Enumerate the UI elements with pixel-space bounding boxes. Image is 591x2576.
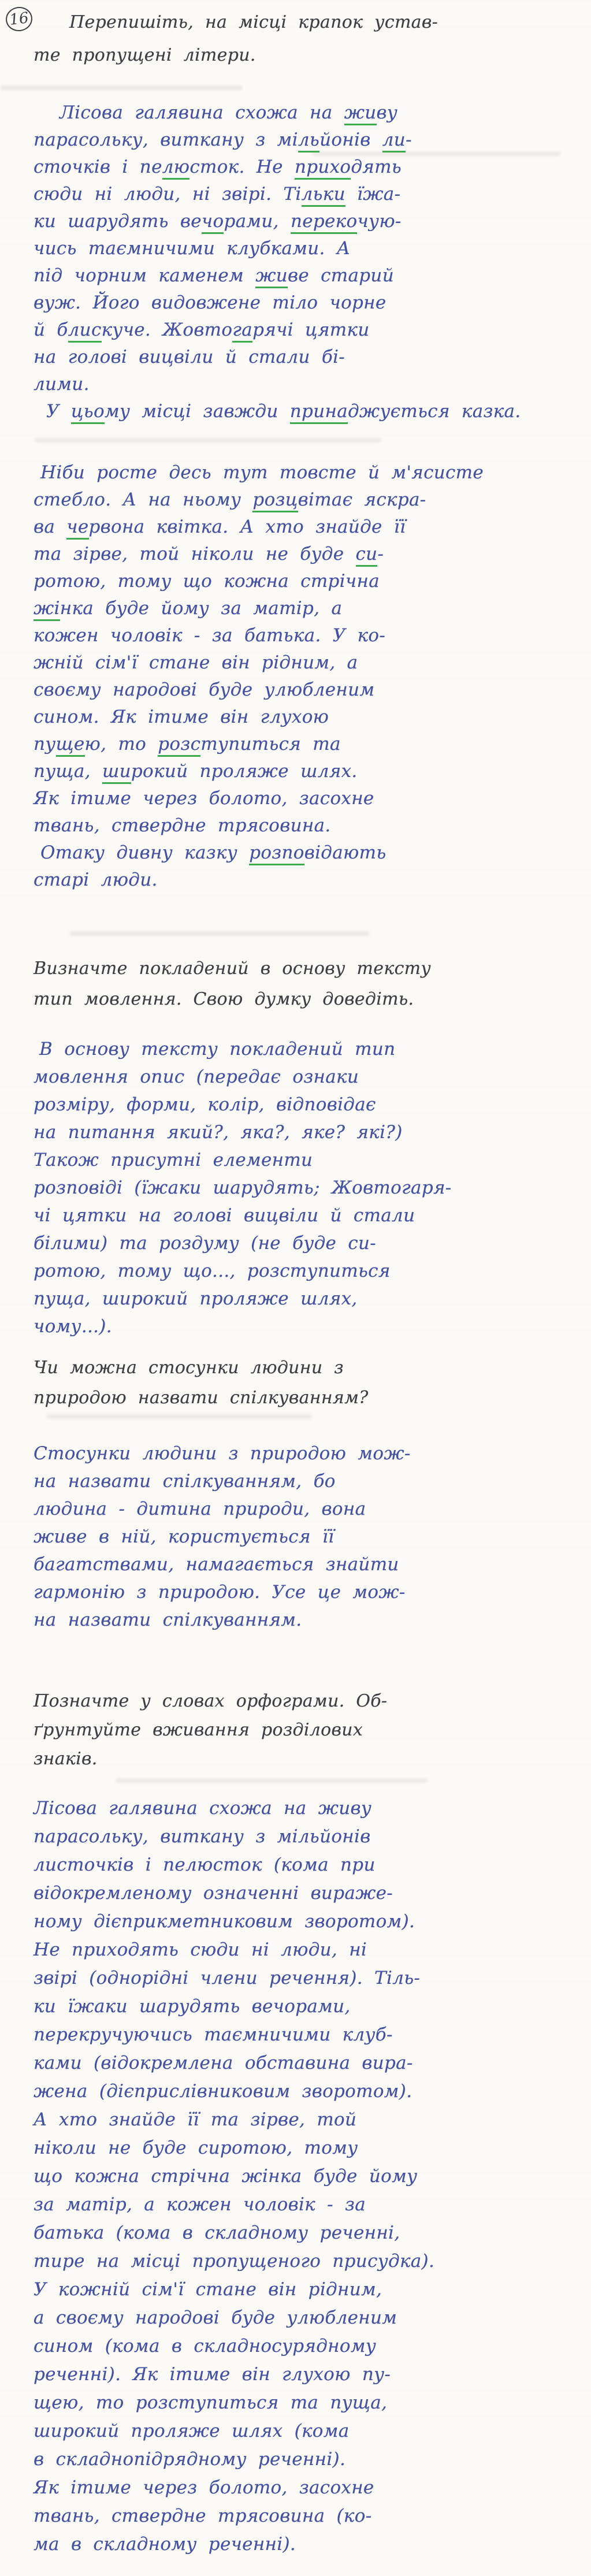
- handwritten-line: сюди ні люди, ні звірі. Тільки їжа-: [34, 181, 591, 208]
- handwritten-line: на назвати спілкуванням, бо: [34, 1467, 591, 1495]
- handwritten-line: ки їжаки шарудять вечорами,: [34, 1993, 591, 2021]
- handwritten-line: чі цятки на голові вицвіли й стали: [34, 1202, 591, 1229]
- handwritten-line: жена (дієприслівниковим зворотом).: [34, 2077, 591, 2106]
- handwritten-line: перекручуючись таємничими клуб-: [34, 2021, 591, 2049]
- handwritten-line: Також присутні елементи: [34, 1146, 591, 1174]
- orthogram-underline: жи: [255, 265, 288, 288]
- orthogram-underline: си: [356, 544, 378, 567]
- notebook-page: 16 Перепишіть, на місці крапок устав-те …: [0, 0, 591, 2576]
- handwritten-line: твань, ствердне трясовина (ко-: [34, 2502, 591, 2530]
- task-speech-type-prompt: Визначте покладений в основу текстутип м…: [0, 953, 591, 1014]
- handwritten-line: батька (кома в складному реченні,: [34, 2219, 591, 2247]
- handwritten-line: чись таємничими клубками. А: [34, 235, 591, 262]
- handwritten-line: кожен чоловік - за батька. У ко-: [34, 622, 591, 649]
- handwritten-line: жінка буде йому за матір, а: [34, 595, 591, 622]
- scan-artifact: [35, 438, 381, 443]
- handwritten-line: сином (кома в складносурядному: [34, 2332, 591, 2361]
- handwritten-line: Не приходять сюди ні люди, ні: [34, 1936, 591, 1964]
- handwritten-line: ніколи не буде сиротою, тому: [34, 2134, 591, 2162]
- handwritten-line: В основу тексту покладений тип: [34, 1035, 591, 1063]
- orthogram-underline: прихо: [295, 157, 351, 180]
- orthogram-underline: розс: [158, 734, 200, 757]
- scan-artifact: [46, 1414, 312, 1419]
- orthogram-underline: чо: [202, 211, 224, 234]
- orthogram-underline: розц: [252, 489, 298, 512]
- orthogram-underline: розпо: [249, 842, 304, 865]
- exercise-copy-paragraph-2: Ніби росте десь тут товсте й м'ясистесте…: [0, 459, 591, 894]
- orthogram-underline: цьо: [71, 401, 105, 424]
- handwritten-line: відокремленому означенні вираже-: [34, 1879, 591, 1908]
- handwritten-line: мовлення опис (передає ознаки: [34, 1063, 591, 1091]
- handwritten-line: тире на місці пропущеного присудка).: [34, 2247, 591, 2276]
- orthogram-underline: жі: [34, 598, 60, 621]
- scan-artifact: [69, 931, 370, 936]
- handwritten-line: на голові вицвіли й стали бі-: [34, 344, 591, 371]
- handwritten-line: широкий проляже шлях (кома: [34, 2417, 591, 2445]
- handwritten-line: природою назвати спілкуванням?: [34, 1383, 591, 1413]
- orthogram-underline: льки: [302, 184, 345, 207]
- handwritten-line: ґрунтуйте вживання розділових: [34, 1716, 591, 1745]
- handwritten-line: лими.: [34, 371, 591, 398]
- handwritten-line: вуж. Його видовжене тіло чорне: [34, 289, 591, 317]
- handwritten-line: стебло. А на ньому розцвітає яскра-: [34, 486, 591, 514]
- task-communication-question: Чи можна стосунки людини зприродою назва…: [0, 1353, 591, 1413]
- handwritten-line: пуща, широкий проляже шлях,: [34, 1285, 591, 1313]
- handwritten-line: багатствами, намагається знайти: [34, 1551, 591, 1578]
- handwritten-line: Лісова галявина схожа на живу: [34, 99, 591, 127]
- orthogram-underline: ли: [382, 129, 406, 153]
- handwritten-line: людина - дитина природи, вона: [34, 1495, 591, 1523]
- handwritten-line: сточків і пелюсток. Не приходять: [34, 154, 591, 181]
- handwritten-line: білими) та роздуму (не буде си-: [34, 1229, 591, 1257]
- handwritten-line: на назвати спілкуванням.: [34, 1606, 591, 1634]
- handwritten-line: Визначте покладений в основу тексту: [34, 953, 591, 984]
- orthogram-underline: жи: [344, 102, 377, 125]
- handwritten-line: парасольку, виткану з мільйонів ли-: [34, 127, 591, 154]
- handwritten-line: ротою, тому що..., розступиться: [34, 1257, 591, 1285]
- handwritten-line: старі люди.: [34, 867, 591, 894]
- handwritten-line: ма в складному реченні).: [34, 2530, 591, 2559]
- orthogram-underline: га: [232, 319, 252, 343]
- handwritten-line: розміру, форми, колір, відповідає: [34, 1091, 591, 1118]
- task-orthograms-prompt: Позначте у словах орфограми. Об-ґрунтуйт…: [0, 1687, 591, 1774]
- handwritten-line: Чи можна стосунки людини з: [34, 1353, 591, 1383]
- handwritten-line: ротою, тому що кожна стрічна: [34, 568, 591, 595]
- handwritten-line: сином. Як ітиме він глухою: [34, 704, 591, 731]
- handwritten-line: ками (відокремлена обставина вира-: [34, 2049, 591, 2077]
- handwritten-line: під чорним каменем живе старий: [34, 262, 591, 289]
- orthogram-underline: прина: [290, 401, 348, 424]
- answer-communication: Стосунки людини з природою мож-на назват…: [0, 1440, 591, 1634]
- handwritten-line: У цьому місці завжди принаджується казка…: [34, 398, 591, 425]
- handwritten-line: парасольку, виткану з мільйонів: [34, 1823, 591, 1851]
- orthogram-underline: ши: [102, 761, 131, 784]
- handwritten-line: живе в ній, користується її: [34, 1523, 591, 1551]
- handwritten-line: гармонію з природою. Усе це мож-: [34, 1578, 591, 1606]
- handwritten-line: пущею, то розступиться та: [34, 731, 591, 758]
- handwritten-line: жній сім'ї стане він рідним, а: [34, 649, 591, 676]
- orthogram-underline: лис: [68, 319, 102, 343]
- handwritten-line: Ніби росте десь тут товсте й м'ясисте: [34, 459, 591, 486]
- handwritten-line: те пропущені літери.: [34, 39, 591, 72]
- handwritten-line: щею, то розступиться та пуща,: [34, 2389, 591, 2417]
- handwritten-line: в складнопідрядному реченні).: [34, 2445, 591, 2474]
- orthogram-underline: ще: [56, 734, 85, 757]
- orthogram-underline: ль: [298, 129, 319, 153]
- handwritten-line: тип мовлення. Свою думку доведіть.: [34, 984, 591, 1014]
- handwritten-line: А хто знайде її та зірве, той: [34, 2106, 591, 2134]
- handwritten-line: а своєму народові буде улюбленим: [34, 2304, 591, 2332]
- handwritten-line: й блискуче. Жовтогарячі цятки: [34, 317, 591, 344]
- exercise-copy-paragraph-1: Лісова галявина схожа на живупарасольку,…: [0, 99, 591, 425]
- handwritten-line: розповіді (їжаки шарудять; Жовтогаря-: [34, 1174, 591, 1202]
- scan-artifact: [0, 86, 243, 90]
- handwritten-line: своєму народові буде улюбленим: [34, 676, 591, 704]
- handwritten-line: та зірве, той ніколи не буде си-: [34, 541, 591, 568]
- handwritten-line: Як ітиме через болото, засохне: [34, 2474, 591, 2502]
- handwritten-line: Лісова галявина схожа на живу: [34, 1794, 591, 1823]
- answer-speech-type: В основу тексту покладений типмовлення о…: [0, 1035, 591, 1340]
- handwritten-line: знаків.: [34, 1745, 591, 1774]
- handwritten-line: Стосунки людини з природою мож-: [34, 1440, 591, 1467]
- handwritten-line: що кожна стрічна жінка буде йому: [34, 2162, 591, 2191]
- handwritten-line: твань, ствердне трясовина.: [34, 812, 591, 839]
- handwritten-line: за матір, а кожен чоловік - за: [34, 2191, 591, 2219]
- handwritten-line: пуща, широкий проляже шлях.: [34, 758, 591, 785]
- handwritten-line: звірі (однорідні члени речення). Тіль-: [34, 1964, 591, 1993]
- orthogram-underline: че: [66, 516, 88, 540]
- handwritten-line: ки шарудять вечорами, перекочую-: [34, 208, 591, 235]
- handwritten-line: Перепишіть, на місці крапок устав-: [34, 6, 591, 39]
- scan-artifact: [116, 1778, 428, 1783]
- handwritten-line: Отаку дивну казку розповідають: [34, 839, 591, 867]
- handwritten-line: чому...).: [34, 1313, 591, 1340]
- answer-punctuation-analysis: Лісова галявина схожа на живупарасольку,…: [0, 1794, 591, 2559]
- handwritten-line: У кожній сім'ї стане він рідним,: [34, 2276, 591, 2304]
- handwritten-line: Як ітиме через болото, засохне: [34, 785, 591, 812]
- handwritten-line: ва червона квітка. А хто знайде її: [34, 514, 591, 541]
- task-16-prompt: Перепишіть, на місці крапок устав-те про…: [0, 6, 591, 72]
- orthogram-underline: переко: [291, 211, 357, 234]
- handwritten-line: реченні). Як ітиме він глухою пу-: [34, 2361, 591, 2389]
- handwritten-line: ному дієприкметниковим зворотом).: [34, 1908, 591, 1936]
- handwritten-line: Позначте у словах орфограми. Об-: [34, 1687, 591, 1716]
- handwritten-line: листочків і пелюсток (кома при: [34, 1851, 591, 1879]
- orthogram-underline: лю: [162, 157, 190, 180]
- handwritten-line: на питання який?, яка?, яке? які?): [34, 1118, 591, 1146]
